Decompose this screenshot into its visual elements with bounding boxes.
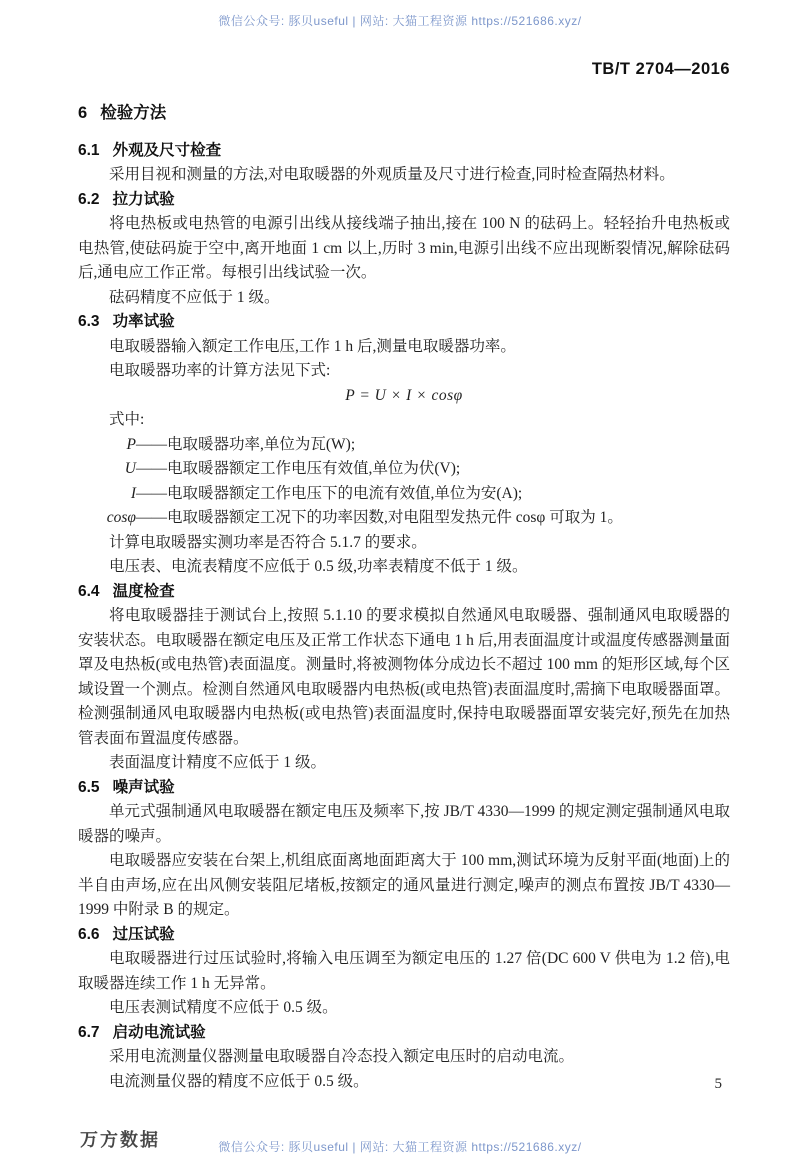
paragraph: 表面温度计精度不应低于 1 级。 — [78, 751, 730, 776]
section-heading-6-7: 6.7启动电流试验 — [78, 1021, 730, 1046]
section-title: 拉力试验 — [113, 191, 175, 208]
section-title: 温度检查 — [113, 583, 175, 600]
section-title: 功率试验 — [113, 313, 175, 330]
section-title: 噪声试验 — [113, 779, 175, 796]
section-title: 过压试验 — [113, 926, 175, 943]
symbol-row: cosφ ——电取暖器额定工况下的功率因数,对电阻型发热元件 cosφ 可取为 … — [78, 506, 730, 531]
paragraph: 电取暖器输入额定工作电压,工作 1 h 后,测量电取暖器功率。 — [78, 335, 730, 360]
paragraph: 将电热板或电热管的电源引出线从接线端子抽出,接在 100 N 的砝码上。轻轻抬升… — [78, 212, 730, 286]
symbol-definition: ——电取暖器功率,单位为瓦(W); — [136, 433, 730, 458]
section-heading-6-6: 6.6过压试验 — [78, 923, 730, 948]
paragraph: 采用目视和测量的方法,对电取暖器的外观质量及尺寸进行检查,同时检查隔热材料。 — [78, 163, 730, 188]
section-title: 外观及尺寸检查 — [113, 142, 222, 159]
symbol-row: I ——电取暖器额定工作电压下的电流有效值,单位为安(A); — [78, 482, 730, 507]
section-heading-6-1: 6.1外观及尺寸检查 — [78, 139, 730, 164]
paragraph: 电流测量仪器的精度不应低于 0.5 级。 — [78, 1070, 730, 1095]
where-label: 式中: — [78, 408, 730, 433]
section-number: 6.1 — [78, 142, 100, 159]
paragraph: 电取暖器进行过压试验时,将输入电压调至为额定电压的 1.27 倍(DC 600 … — [78, 947, 730, 996]
chapter-title: 检验方法 — [100, 104, 166, 122]
bottom-watermark: 微信公众号: 豚贝useful | 网站: 大猫工程资源 https://521… — [0, 1138, 800, 1155]
section-number: 6.4 — [78, 583, 100, 600]
section-number: 6.5 — [78, 779, 100, 796]
symbol-definition: ——电取暖器额定工作电压有效值,单位为伏(V); — [136, 457, 730, 482]
paragraph: 计算电取暖器实测功率是否符合 5.1.7 的要求。 — [78, 531, 730, 556]
section-number: 6.6 — [78, 926, 100, 943]
paragraph: 单元式强制通风电取暖器在额定电压及频率下,按 JB/T 4330—1999 的规… — [78, 800, 730, 849]
standard-number: TB/T 2704—2016 — [592, 60, 730, 79]
symbol: cosφ — [78, 506, 136, 531]
paragraph: 采用电流测量仪器测量电取暖器自冷态投入额定电压时的启动电流。 — [78, 1045, 730, 1070]
section-number: 6.3 — [78, 313, 100, 330]
section-title: 启动电流试验 — [113, 1024, 206, 1041]
paragraph: 电压表测试精度不应低于 0.5 级。 — [78, 996, 730, 1021]
symbol-row: P ——电取暖器功率,单位为瓦(W); — [78, 433, 730, 458]
page-number: 5 — [715, 1076, 723, 1093]
paragraph: 砝码精度不应低于 1 级。 — [78, 286, 730, 311]
section-heading-6-2: 6.2拉力试验 — [78, 188, 730, 213]
chapter-heading: 6检验方法 — [78, 101, 730, 126]
paragraph: 电取暖器功率的计算方法见下式: — [78, 359, 730, 384]
paragraph: 电取暖器应安装在台架上,机组底面离地面距离大于 100 mm,测试环境为反射平面… — [78, 849, 730, 923]
top-watermark: 微信公众号: 豚贝useful | 网站: 大猫工程资源 https://521… — [0, 12, 800, 29]
section-heading-6-5: 6.5噪声试验 — [78, 776, 730, 801]
symbol-row: U ——电取暖器额定工作电压有效值,单位为伏(V); — [78, 457, 730, 482]
section-heading-6-4: 6.4温度检查 — [78, 580, 730, 605]
chapter-number: 6 — [78, 104, 87, 122]
symbol-definition: ——电取暖器额定工作电压下的电流有效值,单位为安(A); — [136, 482, 730, 507]
section-number: 6.2 — [78, 191, 100, 208]
symbol-definition: ——电取暖器额定工况下的功率因数,对电阻型发热元件 cosφ 可取为 1。 — [136, 506, 730, 531]
power-formula: P = U × I × cosφ — [78, 384, 730, 409]
symbol: U — [78, 457, 136, 482]
section-number: 6.7 — [78, 1024, 100, 1041]
symbol: P — [78, 433, 136, 458]
section-heading-6-3: 6.3功率试验 — [78, 310, 730, 335]
document-body: 6检验方法 6.1外观及尺寸检查 采用目视和测量的方法,对电取暖器的外观质量及尺… — [78, 101, 730, 1094]
symbol: I — [78, 482, 136, 507]
paragraph: 电压表、电流表精度不应低于 0.5 级,功率表精度不低于 1 级。 — [78, 555, 730, 580]
paragraph: 将电取暖器挂于测试台上,按照 5.1.10 的要求模拟自然通风电取暖器、强制通风… — [78, 604, 730, 751]
